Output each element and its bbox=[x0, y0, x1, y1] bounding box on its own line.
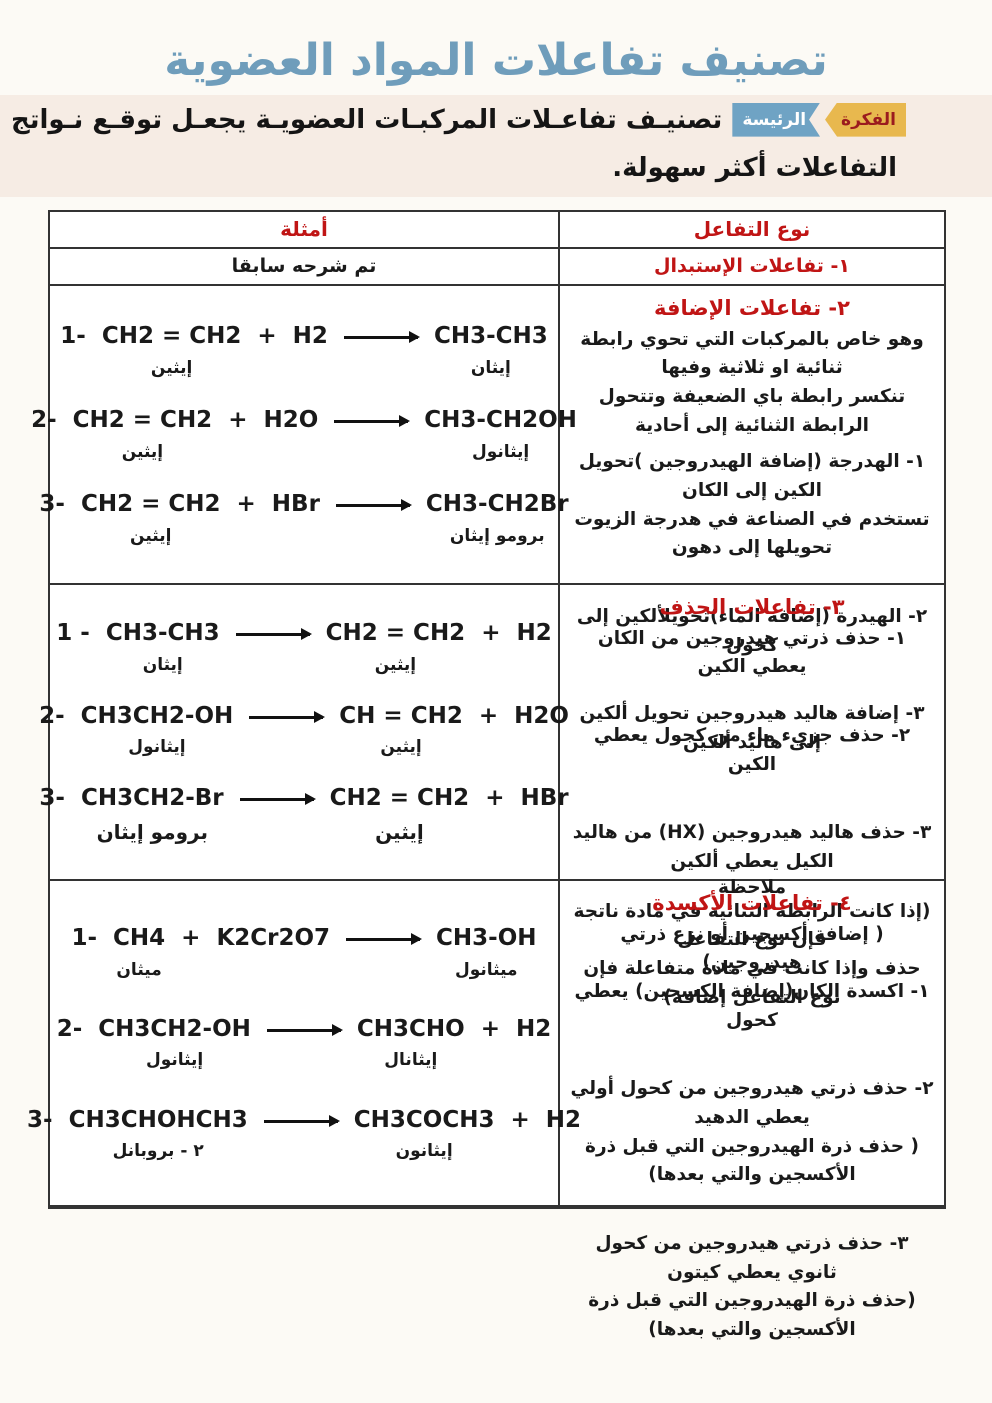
reactions-table: نوع التفاعل أمثلة ١- تفاعلات الإستبدال ت… bbox=[48, 210, 946, 1209]
equation-number: 1- bbox=[71, 924, 97, 953]
reaction-arrow-icon bbox=[346, 938, 420, 941]
plus-sign: + bbox=[481, 619, 500, 648]
substitution-heading: ١- تفاعلات الإستبدال bbox=[558, 249, 944, 286]
plus-sign: + bbox=[237, 490, 256, 519]
product-term: CH3-CH3 إيثان bbox=[434, 322, 548, 378]
product-term: CH3CHO إيثانال bbox=[357, 1015, 465, 1071]
addition-item-1b: تستخدم في الصناعة في هدرجة الزيوت تحويله… bbox=[570, 506, 934, 563]
reactant-term: CH3-CH3 إيثان bbox=[106, 619, 220, 675]
badge-chevron-icon bbox=[820, 103, 825, 137]
product-term: H2 bbox=[516, 619, 551, 648]
elimination-item-3: ٣- حذف هاليد هيدروجين (HX) من هاليد الكي… bbox=[570, 819, 934, 876]
elimination-examples-cell: 1 - CH3-CH3 إيثان CH2 = CH2 إيثين + H2 2… bbox=[50, 585, 558, 881]
reaction-arrow-icon bbox=[267, 1029, 341, 1032]
equation-number: 2- bbox=[57, 1015, 83, 1044]
product-term: CH3COCH3 إيثانون bbox=[354, 1106, 495, 1162]
reactant-term: CH2 = CH2 إيثين bbox=[73, 406, 213, 462]
elimination-equation-2: 2- CH3CH2-OH إيثانول CH = CH2 إيثين + H2… bbox=[39, 702, 569, 758]
product-term: CH = CH2 إيثين bbox=[339, 702, 463, 758]
equation-number: 2- bbox=[31, 406, 57, 435]
reactant-term: CH4 ميثان bbox=[113, 924, 165, 980]
plus-sign: + bbox=[228, 406, 247, 435]
reactant-term: CH3CH2-OH إيثانول bbox=[81, 702, 234, 758]
reactant-term: CH3CH2-OH إيثانول bbox=[98, 1015, 251, 1071]
addition-equation-1: 1- CH2 = CH2 إيثين + H2 CH3-CH3 إيثان bbox=[60, 322, 547, 378]
oxidation-item-2: ٢- حذف ذرتي هيدروجين من كحول أولي يعطي ا… bbox=[570, 1075, 934, 1132]
product-term: CH3-CH2OH إيثانول bbox=[424, 406, 577, 462]
product-term: HBr bbox=[520, 784, 568, 813]
elimination-item-2: ٢- حذف جزيء ماء من كحول يعطي الكين bbox=[570, 722, 934, 779]
reactant-term: H2 bbox=[293, 322, 328, 351]
header-cell-examples: أمثلة bbox=[50, 212, 558, 249]
product-term: H2 bbox=[516, 1015, 551, 1044]
elimination-equation-1: 1 - CH3-CH3 إيثان CH2 = CH2 إيثين + H2 bbox=[56, 619, 551, 675]
reactant-term: CH3CH2-Br برومو إيثان bbox=[81, 784, 224, 844]
oxidation-type-cell: ٤- تفاعلات الأكسدة ( إضافة أكسجين أو نزع… bbox=[558, 881, 944, 1205]
header-cell-reaction-type: نوع التفاعل bbox=[558, 212, 944, 249]
reactant-term: HBr bbox=[272, 490, 320, 519]
addition-desc-line: وهو خاص بالمركبات التي تحوي رابطة ثنائية… bbox=[570, 326, 934, 383]
oxidation-item-3b: (حذف ذرة الهيدروجين التي قبل ذرة الأكسجي… bbox=[570, 1287, 934, 1344]
product-term: CH3-OH ميثانول bbox=[436, 924, 536, 980]
equation-number: 1- bbox=[60, 322, 86, 351]
reaction-arrow-icon bbox=[334, 420, 408, 423]
equation-number: 3- bbox=[27, 1106, 53, 1135]
oxidation-equation-1: 1- CH4 ميثان + K2Cr2O7 CH3-OH ميثانول bbox=[71, 924, 536, 980]
oxidation-item-1: ١- اكسدة الكان(إضافة الكسجين) يعطي كحول bbox=[570, 978, 934, 1035]
oxidation-equation-2: 2- CH3CH2-OH إيثانول CH3CHO إيثانال + H2 bbox=[57, 1015, 552, 1071]
equation-number: 1 - bbox=[56, 619, 90, 648]
oxidation-equation-3: 3- CH3CHOHCH3 ٢ - بروبانل CH3COCH3 إيثان… bbox=[27, 1106, 581, 1162]
reactant-term: CH2 = CH2 إيثين bbox=[81, 490, 221, 546]
plus-sign: + bbox=[257, 322, 276, 351]
oxidation-examples-cell: 1- CH4 ميثان + K2Cr2O7 CH3-OH ميثانول 2-… bbox=[50, 881, 558, 1205]
main-idea-text-line2: التفاعلات أكثر سهولة. bbox=[0, 153, 992, 183]
substitution-example-note: تم شرحه سابقا bbox=[50, 249, 558, 286]
main-idea-section: الفكرة الرئيسة تصنيـف تفاعـلات المركبـات… bbox=[0, 95, 992, 197]
reactant-term: K2Cr2O7 bbox=[216, 924, 330, 953]
addition-item-1: ١- الهدرجة (إضافة الهيدروجين )تحويل الكي… bbox=[570, 448, 934, 505]
addition-equation-2: 2- CH2 = CH2 إيثين + H2O CH3-CH2OH إيثان… bbox=[31, 406, 577, 462]
reaction-arrow-icon bbox=[249, 716, 323, 719]
equation-number: 3- bbox=[39, 784, 65, 813]
addition-equation-3: 3- CH2 = CH2 إيثين + HBr CH3-CH2Br برومو… bbox=[39, 490, 568, 546]
addition-examples-cell: 1- CH2 = CH2 إيثين + H2 CH3-CH3 إيثان 2-… bbox=[50, 286, 558, 585]
oxidation-heading: ٤- تفاعلات الأكسدة bbox=[570, 891, 934, 915]
addition-heading: ٢- تفاعلات الإضافة bbox=[570, 296, 934, 320]
reactant-term: H2O bbox=[263, 406, 318, 435]
reaction-arrow-icon bbox=[264, 1120, 338, 1123]
product-term: H2 bbox=[546, 1106, 581, 1135]
reaction-arrow-icon bbox=[344, 336, 418, 339]
reaction-arrow-icon bbox=[336, 504, 410, 507]
equation-number: 2- bbox=[39, 702, 65, 731]
main-idea-badge: الفكرة الرئيسة bbox=[732, 103, 906, 137]
elimination-type-cell: ٣- تفاعلات الحذف ١- حذف ذرتي هيدروجين من… bbox=[558, 585, 944, 881]
product-term: CH3-CH2Br برومو إيثان bbox=[426, 490, 569, 546]
addition-type-cell: ٢- تفاعلات الإضافة وهو خاص بالمركبات الت… bbox=[558, 286, 944, 585]
reaction-arrow-icon bbox=[240, 798, 314, 801]
equation-number: 3- bbox=[39, 490, 65, 519]
plus-sign: + bbox=[485, 784, 504, 813]
plus-sign: + bbox=[181, 924, 200, 953]
main-idea-text-line1: تصنيـف تفاعـلات المركبـات العضويـة يجعـل… bbox=[11, 105, 722, 135]
badge-label-primary: الفكرة bbox=[825, 103, 906, 137]
page-title: تصنيف تفاعلات المواد العضوية bbox=[0, 36, 992, 87]
oxidation-intro: ( إضافة أكسجين أو نزع ذرتي هيدروجين) bbox=[570, 921, 934, 978]
product-term: CH2 = CH2 إيثين bbox=[330, 784, 470, 844]
page-header: تصنيف تفاعلات المواد العضوية الفكرة الرئ… bbox=[0, 0, 992, 197]
elimination-equation-3: 3- CH3CH2-Br برومو إيثان CH2 = CH2 إيثين… bbox=[39, 784, 568, 844]
oxidation-item-3: ٣- حذف ذرتي هيدروجين من كحول ثانوي يعطي … bbox=[570, 1230, 934, 1287]
badge-label-secondary: الرئيسة bbox=[732, 103, 820, 137]
elimination-heading: ٣- تفاعلات الحذف bbox=[570, 595, 934, 619]
elimination-item-1: ١- حذف ذرتي هيدروجين من الكان يعطي الكين bbox=[570, 625, 934, 682]
product-term: CH2 = CH2 إيثين bbox=[326, 619, 466, 675]
oxidation-item-2b: ( حذف ذرة الهيدروجين التي قبل ذرة الأكسج… bbox=[570, 1133, 934, 1190]
plus-sign: + bbox=[481, 1015, 500, 1044]
reaction-arrow-icon bbox=[236, 633, 310, 636]
product-term: H2O bbox=[514, 702, 569, 731]
main-idea-line1: الفكرة الرئيسة تصنيـف تفاعـلات المركبـات… bbox=[0, 103, 992, 137]
reactant-term: CH2 = CH2 إيثين bbox=[102, 322, 242, 378]
reactant-term: CH3CHOHCH3 ٢ - بروبانل bbox=[69, 1106, 248, 1162]
addition-desc-line: تنكسر رابطة باي الضعيفة وتتحول الرابطة ا… bbox=[570, 383, 934, 440]
plus-sign: + bbox=[479, 702, 498, 731]
plus-sign: + bbox=[510, 1106, 529, 1135]
